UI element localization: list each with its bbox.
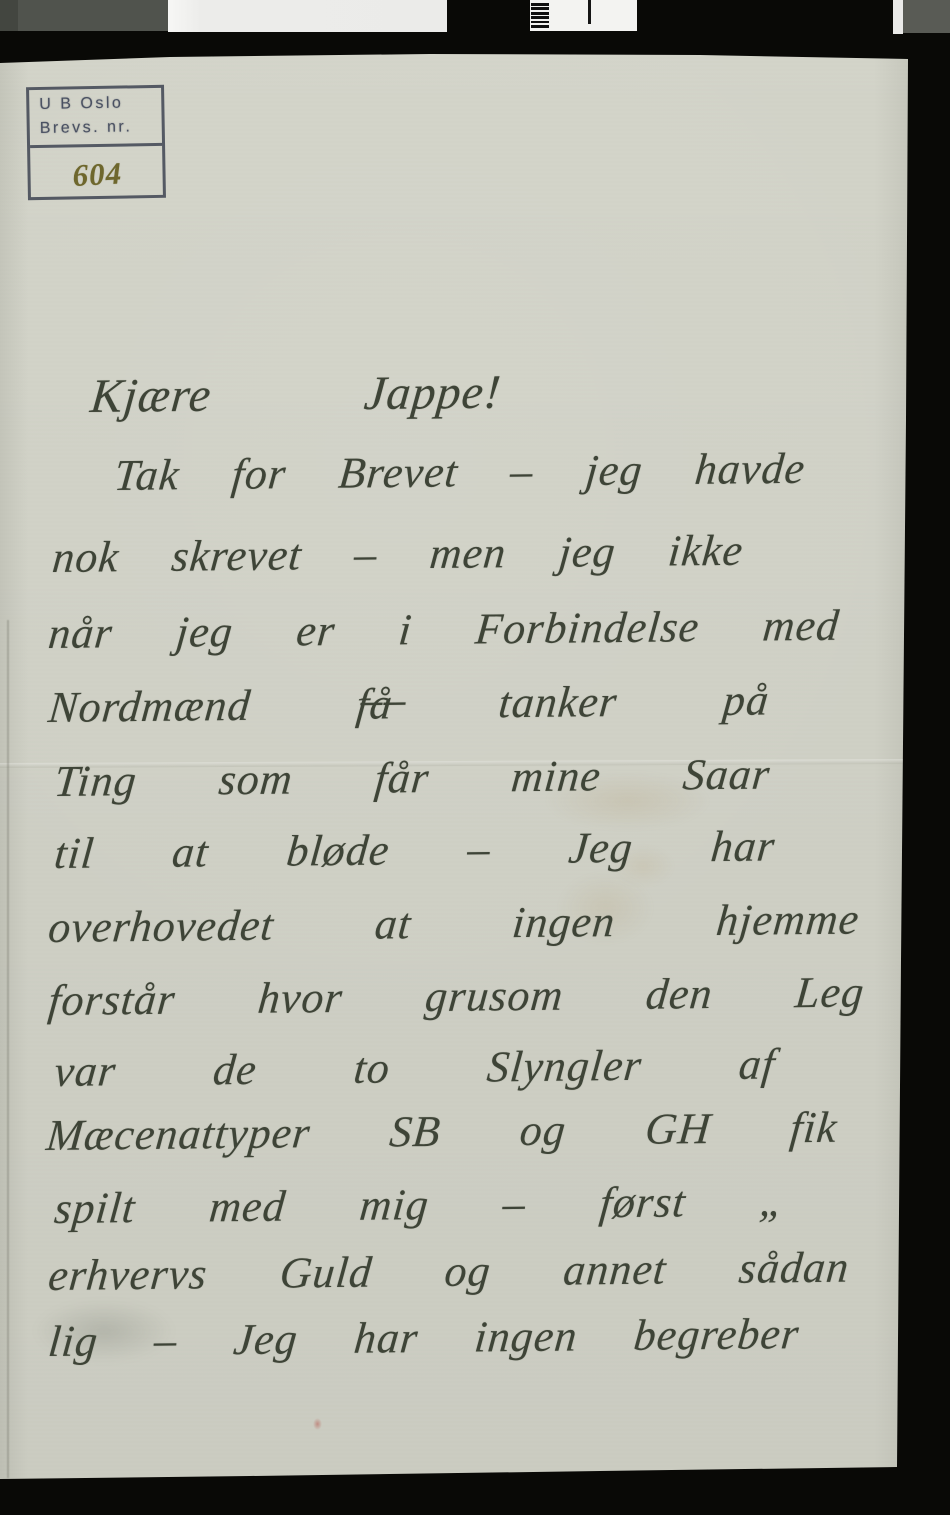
handwriting-line: når jeg er i Forbindelse med <box>46 600 842 661</box>
ruler-line <box>588 0 591 24</box>
handwriting-line: nok skrevet – men jeg ikke <box>50 525 746 585</box>
handwriting-line: Mæcenattyper SB og GH fik <box>44 1102 840 1163</box>
ruler-tick <box>531 25 549 28</box>
calibration-chip-white <box>168 0 447 32</box>
ruler-tick <box>531 3 549 6</box>
handwriting-line: Nordmænd f̶å̶ tanker på <box>46 674 772 734</box>
calibration-chip-darker-edge <box>0 0 18 31</box>
scan-background: U B Oslo Brevs. nr. 604 Kjære Jappe!Tak … <box>0 0 950 1515</box>
ruler-tick <box>531 7 549 10</box>
handwriting-line: forstår hvor grusom den Leg <box>46 966 867 1027</box>
handwriting-line: Kjære Jappe! <box>88 364 504 426</box>
ruler-tick <box>531 16 549 19</box>
letter-lines: Kjære Jappe!Tak for Brevet – jeg havdeno… <box>0 0 950 1515</box>
calibration-chip-dark-gray <box>0 0 168 31</box>
ruler-ticks <box>530 0 554 31</box>
calibration-chip-white-right <box>893 0 903 34</box>
handwriting-line: Ting som får mine Saar <box>52 749 773 809</box>
handwriting-line: til at bløde – Jeg har <box>52 820 778 880</box>
handwriting-line: Tak for Brevet – jeg havde <box>112 443 808 503</box>
ruler-chip <box>530 0 637 31</box>
letter-paper: U B Oslo Brevs. nr. 604 Kjære Jappe!Tak … <box>0 0 950 1515</box>
calibration-chip-gray-right <box>903 0 950 33</box>
handwriting-line: lig – Jeg har ingen begreber <box>46 1308 802 1369</box>
ruler-tick <box>531 12 549 15</box>
ruler-tick <box>531 21 549 24</box>
handwriting-line: var de to Slyngler af <box>52 1038 778 1098</box>
handwriting-line: overhovedet at ingen hjemme <box>46 894 862 955</box>
handwriting-line: spilt med mig – først „ <box>52 1175 788 1235</box>
handwriting-line: erhvervs Guld og annet sådan <box>46 1242 852 1303</box>
